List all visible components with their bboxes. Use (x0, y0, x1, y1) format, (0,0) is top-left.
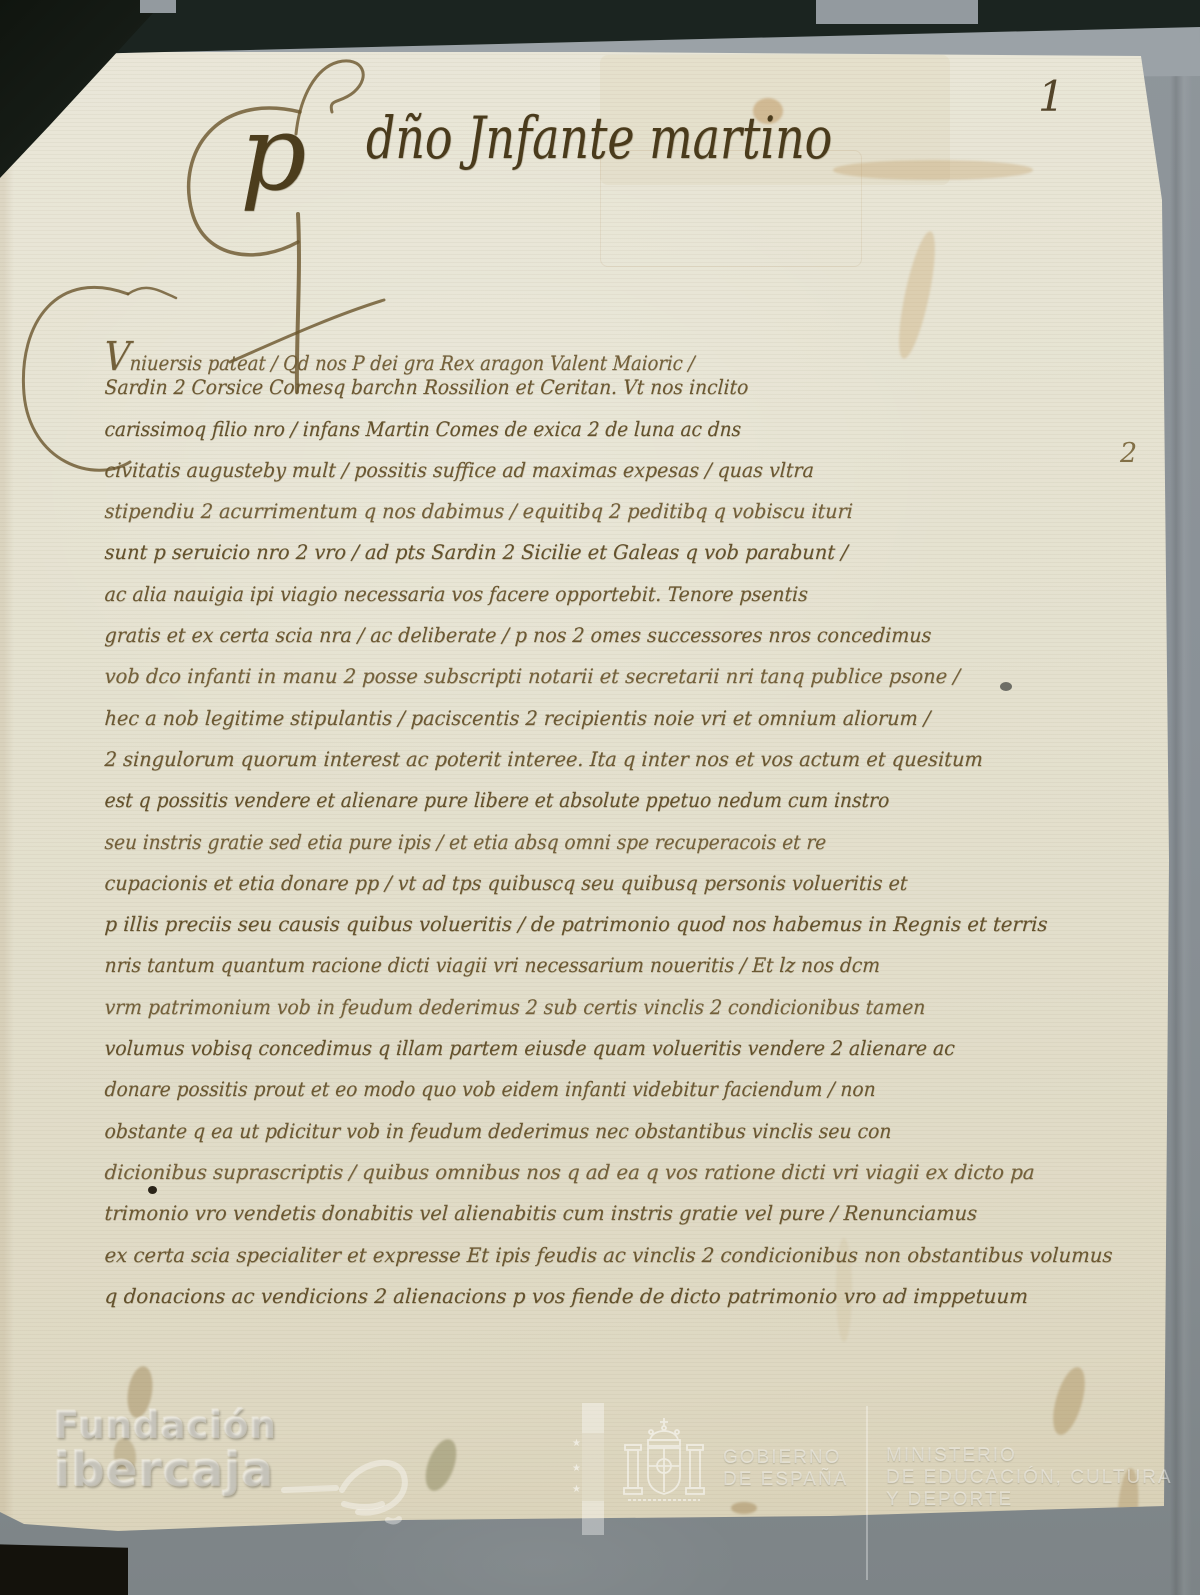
stain (833, 160, 1033, 180)
manuscript-text-line: ac alia nauigia ipi viagio necessaria vo… (103, 582, 1067, 623)
manuscript-text-line: hec a nob legitime stipulantis / pacisce… (103, 706, 1083, 747)
mat-tab-large (816, 0, 978, 24)
manuscript-text-line: 2 singulorum quorum interest ac poterit … (103, 747, 1093, 788)
heading-abbreviation-p: p (240, 92, 307, 214)
manuscript-text-line: p illis preciis seu causis quibus voluer… (103, 912, 1103, 953)
manuscript-text-line: carissimoq filio nro / infans Martin Com… (103, 417, 1047, 458)
manuscript-text-line: est q possitis vendere et alienare pure … (103, 788, 1057, 829)
stain (1115, 1467, 1141, 1550)
stain (124, 1364, 156, 1419)
stain (731, 1502, 757, 1514)
manuscript-text-line: stipendiu 2 acurrimentum q nos dabimus /… (103, 499, 1080, 540)
scan-viewport: p dño Jnfante martino 1 2 Vniuersis pate… (0, 0, 1200, 1595)
manuscript-text-line: dicionibus suprascriptis / quibus omnibu… (103, 1160, 1107, 1201)
manuscript-text-line: vob dco infanti in manu 2 posse subscrip… (103, 664, 1097, 705)
page-heading: dño Jnfante martino (366, 104, 832, 172)
stain (420, 1435, 463, 1495)
manuscript-text-line: nris tantum quantum racione dicti viagii… (103, 953, 1057, 994)
manuscript-text-line: Vniuersis pateat / Qd nos P dei gra Rex … (103, 334, 1021, 375)
manuscript-text-line: vrm patrimonium vob in feudum dederimus … (103, 995, 1063, 1036)
black-corner-block (0, 1540, 128, 1595)
manuscript-text-line: trimonio vro vendetis donabitis vel alie… (103, 1201, 1097, 1242)
manuscript-text-line: obstante q ea ut pdicitur vob in feudum … (103, 1119, 1063, 1160)
manuscript-text-line: gratis et ex certa scia nra / ac deliber… (103, 623, 1073, 664)
manuscript-text-line: sunt p seruicio nro 2 vro / ad pts Sardi… (103, 540, 1093, 581)
manuscript-text-line: Sardin 2 Corsice Comesq barchn Rossilion… (103, 375, 1060, 416)
folio-number: 1 (1038, 72, 1065, 121)
mat-tab-small (140, 0, 176, 13)
stain (112, 1437, 138, 1475)
manuscript-text-line: q donacions ac vendicions 2 alienacions … (103, 1284, 1117, 1325)
manuscript-body: Vniuersis pateat / Qd nos P dei gra Rex … (104, 334, 1124, 1325)
manuscript-text-line: civitatis augusteby mult / possitis suff… (103, 458, 1073, 499)
manuscript-text-line: donare possitis prout et eo modo quo vob… (103, 1077, 1053, 1118)
manuscript-text-line: ex certa scia specialiter et expresse Et… (103, 1243, 1104, 1284)
manuscript-text-line: seu instris gratie sed etia pure ipis / … (103, 830, 1047, 871)
stain (1047, 1364, 1091, 1438)
manuscript-text-line: volumus vobisq concedimus q illam partem… (103, 1036, 1067, 1077)
manuscript-page: p dño Jnfante martino 1 2 Vniuersis pate… (0, 0, 1200, 1595)
manuscript-text-line: cupacionis et etia donare pp / vt ad tps… (103, 871, 1077, 912)
